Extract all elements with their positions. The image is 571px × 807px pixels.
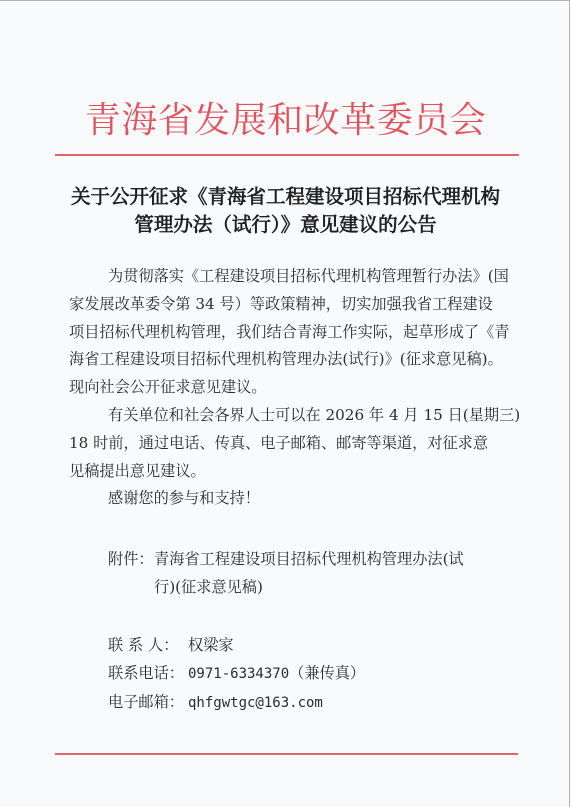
email-row: 电子邮箱：qhfgwtgc@163.com <box>108 688 365 717</box>
phone-row: 联系电话：0971-6334370（兼传真） <box>108 659 365 688</box>
body-line: 有关单位和社会各界人士可以在 2026 年 4 月 15 日(星期三) <box>69 402 515 430</box>
contact-section: 联 系 人：权梁家 联系电话：0971-6334370（兼传真） 电子邮箱：qh… <box>108 631 365 717</box>
closing-thanks: 感谢您的参与和支持！ <box>69 485 515 513</box>
body-line: 为贯彻落实《工程建设项目招标代理机构管理暂行办法》(国 <box>69 263 515 291</box>
body-line: 海省工程建设项目招标代理机构管理办法(试行)》(征求意见稿)。 <box>69 346 515 374</box>
phone-label: 联系电话： <box>108 659 188 687</box>
attachment-title: 青海省工程建设项目招标代理机构管理办法(试 <box>154 550 464 568</box>
contact-person-row: 联 系 人：权梁家 <box>108 631 365 659</box>
footer-divider <box>55 753 518 755</box>
attachment-section: 附件：青海省工程建设项目招标代理机构管理办法(试 行)(征求意见稿) <box>108 545 464 601</box>
phone-note: （兼传真） <box>289 664 365 682</box>
attachment-title-cont: 行)(征求意见稿) <box>108 573 464 601</box>
notice-body: 为贯彻落实《工程建设项目招标代理机构管理暂行办法》(国 家发展改革委令第 34 … <box>69 263 515 513</box>
notice-title: 关于公开征求《青海省工程建设项目招标代理机构 管理办法（试行）》意见建议的公告 <box>0 183 571 239</box>
title-line-1: 关于公开征求《青海省工程建设项目招标代理机构 <box>0 183 571 211</box>
body-line: 现向社会公开征求意见建议。 <box>69 374 515 402</box>
body-line: 18 时前，通过电话、传真、电子邮箱、邮寄等渠道，对征求意 <box>69 430 515 458</box>
body-line: 见稿提出意见建议。 <box>69 458 515 486</box>
phone-value: 0971-6334370 <box>188 666 289 682</box>
body-line: 家发展改革委令第 34 号）等政策精神，切实加强我省工程建设 <box>69 291 515 319</box>
masthead-divider-top <box>55 154 519 156</box>
body-line: 项目招标代理机构管理，我们结合青海工作实际，起草形成了《青 <box>69 319 515 347</box>
contact-person-value: 权梁家 <box>188 636 234 654</box>
attachment-label: 附件： <box>108 545 154 573</box>
email-value: qhfgwtgc@163.com <box>188 695 323 711</box>
document-page: 青海省发展和改革委员会 关于公开征求《青海省工程建设项目招标代理机构 管理办法（… <box>0 0 570 807</box>
email-label: 电子邮箱： <box>108 688 188 716</box>
contact-person-label: 联 系 人： <box>108 631 188 659</box>
issuer-masthead: 青海省发展和改革委员会 <box>0 93 571 149</box>
title-line-2: 管理办法（试行）》意见建议的公告 <box>0 211 571 239</box>
